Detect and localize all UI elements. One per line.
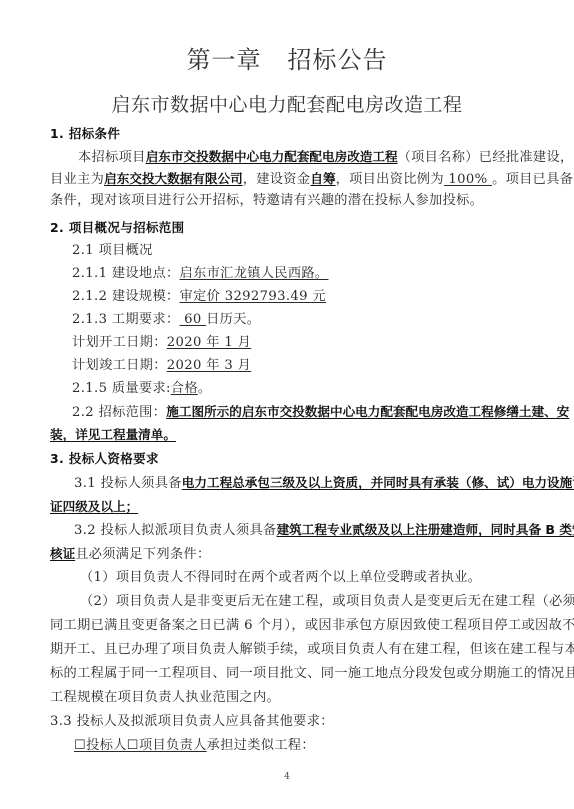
condition-2-line-3: 期开工、且已办理了项目负责人解锁手续，或项目负责人有在建工程，但该在建工程与本次… <box>50 641 530 659</box>
text: 。 <box>198 381 212 396</box>
section-2-1-1: 2.1.1 建设地点：启东市汇龙镇人民西路。 <box>72 265 552 283</box>
checkbox-options: ☐投标人☐项目负责人 <box>74 738 207 753</box>
condition-1: （1）项目负责人不得同时在两个或者两个以上单位受聘或者执业。 <box>80 569 560 587</box>
condition-2-line-4: 标的工程属于同一工程项目、同一项目批文、同一施工地点分段发包或分期施工的情况且总… <box>50 665 530 683</box>
text: 。项目已具备招标 <box>492 172 574 187</box>
construction-scale: 审定价 3292793.49 元 <box>180 289 326 304</box>
chapter-title: 第一章招标公告 <box>0 40 574 75</box>
quality-requirement: 合格 <box>171 381 198 396</box>
label: 2.2 招标范围： <box>72 405 166 420</box>
section-3-1-line-2: 证四级及以上； <box>50 498 530 517</box>
label: 3.1 投标人须具备 <box>74 476 182 491</box>
label: 2.1.3 工期要求： <box>72 312 180 327</box>
start-date: 2020 年 1 月 <box>167 335 251 350</box>
funding-ratio: 100% <box>444 172 492 187</box>
text: ，建设资金 <box>243 172 311 187</box>
fund-source: 自筹 <box>310 171 335 186</box>
section-1-heading: 1. 招标条件 <box>50 125 530 143</box>
chapter-number: 第一章 <box>187 46 262 74</box>
section-2-1: 2.1 项目概况 <box>72 242 552 260</box>
section-1-para-line-2: 目业主为启东交投大数据有限公司，建设资金自筹，项目出资比例为 100% 。项目已… <box>50 170 530 189</box>
section-2-2-line-2: 装，详见工程量清单。 <box>50 426 530 445</box>
section-3-3-item: ☐投标人☐项目负责人承担过类似工程： <box>74 737 554 755</box>
construction-site: 启东市汇龙镇人民西路。 <box>180 266 329 281</box>
section-2-1-5: 2.1.5 质量要求:合格。 <box>72 380 552 398</box>
section-3-2-line-1: 3.2 投标人拟派项目负责人须具备建筑工程专业贰级及以上注册建造师，同时具备 B… <box>74 521 554 540</box>
condition-2-line-2: 同工期已满且变更备案之日已满 6 个月），或因非承包方原因致使工程项目停工或因故… <box>50 617 530 635</box>
end-date: 2020 年 3 月 <box>167 358 251 373</box>
section-2-1-3: 2.1.3 工期要求： 60 日历天。 <box>72 311 552 329</box>
project-title: 启东市数据中心电力配套配电房改造工程 <box>0 90 574 117</box>
text: ，项目出资比例为 <box>336 172 444 187</box>
label: 计划开工日期： <box>72 335 167 350</box>
section-2-2-line-1: 2.2 招标范围：施工图所示的启东市交投数据中心电力配套配电房改造工程修缮土建、… <box>72 403 552 422</box>
text: 本招标项目 <box>78 150 146 165</box>
project-name: 启东市交投数据中心电力配套配电房改造工程 <box>146 149 398 164</box>
label: 2.1.1 建设地点： <box>72 266 180 281</box>
label: 3.2 投标人拟派项目负责人须具备 <box>74 523 277 538</box>
text: 目业主为 <box>50 172 104 187</box>
page-number: 4 <box>0 772 574 782</box>
chapter-name: 招标公告 <box>288 46 388 74</box>
text: （项目名称）已经批准建设，项 <box>398 150 574 165</box>
section-2-1-2: 2.1.2 建设规模：审定价 3292793.49 元 <box>72 288 552 306</box>
bid-scope-cont: 装，详见工程量清单。 <box>50 427 176 442</box>
bidder-qualification: 电力工程总承包三级及以上资质，并同时具有承装（修、试）电力设施许可 <box>182 475 574 490</box>
project-owner: 启东交投大数据有限公司 <box>104 171 243 186</box>
section-3-heading: 3. 投标人资格要求 <box>50 450 530 468</box>
document-page: 第一章招标公告 启东市数据中心电力配套配电房改造工程 1. 招标条件 本招标项目… <box>0 0 574 809</box>
section-1-para-line-1: 本招标项目启东市交投数据中心电力配套配电房改造工程（项目名称）已经批准建设，项 <box>78 148 558 167</box>
condition-2-line-1: （2）项目负责人是非变更后无在建工程，或项目负责人是变更后无在建工程（必须原合 <box>80 593 560 611</box>
planned-end: 计划竣工日期：2020 年 3 月 <box>72 357 552 375</box>
section-3-2-line-2: 核证且必须满足下列条件： <box>50 545 530 564</box>
label: 2.1.5 质量要求: <box>72 381 171 396</box>
text: 日历天。 <box>206 312 260 327</box>
label: 2.1.2 建设规模： <box>72 289 180 304</box>
section-1-para-line-3: 条件，现对该项目进行公开招标，特邀请有兴趣的潜在投标人参加投标。 <box>50 192 530 210</box>
manager-qualification: 建筑工程专业贰级及以上注册建造师，同时具备 B 类安全考 <box>277 522 574 537</box>
duration-days: 60 <box>180 312 207 327</box>
condition-2-line-5: 工程规模在项目负责人执业范围之内。 <box>50 689 530 707</box>
bidder-qualification-cont: 证四级及以上； <box>50 499 138 514</box>
section-3-1-line-1: 3.1 投标人须具备电力工程总承包三级及以上资质，并同时具有承装（修、试）电力设… <box>74 474 554 493</box>
text: 且必须满足下列条件： <box>75 547 210 562</box>
section-3-3: 3.3 投标人及拟派项目负责人应具备其他要求： <box>50 713 530 731</box>
text: 承担过类似工程： <box>207 738 315 753</box>
section-2-heading: 2. 项目概况与招标范围 <box>50 219 530 237</box>
bid-scope: 施工图所示的启东市交投数据中心电力配套配电房改造工程修缮土建、安 <box>166 404 569 419</box>
planned-start: 计划开工日期：2020 年 1 月 <box>72 334 552 352</box>
manager-qualification-cont: 核证 <box>50 546 75 561</box>
label: 计划竣工日期： <box>72 358 167 373</box>
